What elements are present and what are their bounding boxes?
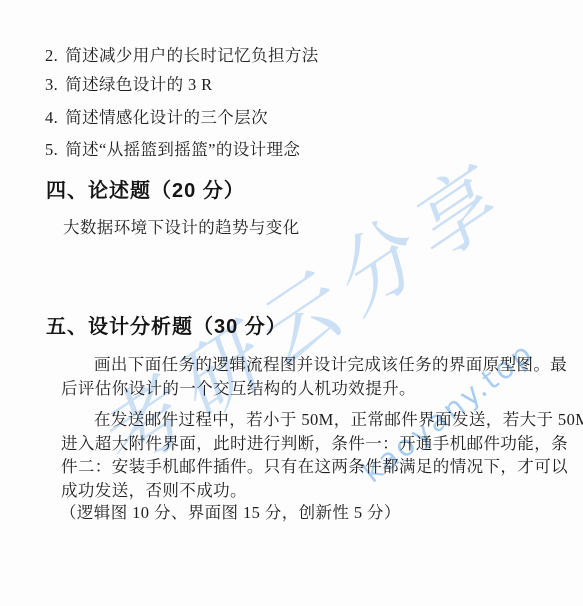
scenario-line: 在发送邮件过程中，若小于 50M，正常邮件界面发送，若大于 50M， (61, 408, 583, 432)
question-number: 3. (45, 75, 58, 94)
section-4-heading: 四、论述题（20 分） (46, 174, 245, 203)
scenario-line: 进入超大附件界面，此时进行判断，条件一：开通手机邮件功能，条 (61, 432, 583, 456)
task-line: 画出下面任务的逻辑流程图并设计完成该任务的界面原型图。最 (61, 353, 567, 377)
short-answer-question-4: 4.简述情感化设计的三个层次 (45, 104, 268, 128)
question-text: 简述“从摇篮到摇篮”的设计理念 (65, 140, 300, 159)
scenario-line: 件二：安装手机邮件插件。只有在这两条件都满足的情况下，才可以 (61, 455, 583, 479)
scenario-description: 在发送邮件过程中，若小于 50M，正常邮件界面发送，若大于 50M， 进入超大附… (61, 408, 583, 502)
short-answer-question-3: 3.简述绿色设计的 3 R (45, 71, 213, 95)
section-5-heading: 五、设计分析题（30 分） (46, 310, 287, 339)
short-answer-question-5: 5.简述“从摇篮到摇篮”的设计理念 (45, 136, 300, 160)
question-number: 5. (45, 140, 58, 159)
question-text: 简述绿色设计的 3 R (65, 75, 212, 94)
question-text: 简述减少用户的长时记忆负担方法 (65, 46, 319, 65)
scoring-note: （逻辑图 10 分、界面图 15 分，创新性 5 分） (60, 499, 401, 523)
question-text: 简述情感化设计的三个层次 (65, 108, 268, 127)
question-number: 4. (45, 108, 58, 127)
essay-topic: 大数据环境下设计的趋势与变化 (63, 214, 300, 238)
question-number: 2. (45, 46, 58, 65)
exam-paper-page: 考研云分享 kaoyany.top 2.简述减少用户的长时记忆负担方法 3.简述… (0, 0, 583, 606)
exam-content: 2.简述减少用户的长时记忆负担方法 3.简述绿色设计的 3 R 4.简述情感化设… (0, 0, 583, 606)
short-answer-question-2: 2.简述减少用户的长时记忆负担方法 (45, 42, 319, 66)
task-description: 画出下面任务的逻辑流程图并设计完成该任务的界面原型图。最 后评估你设计的一个交互… (61, 353, 567, 401)
task-line: 后评估你设计的一个交互结构的人机功效提升。 (61, 377, 567, 401)
